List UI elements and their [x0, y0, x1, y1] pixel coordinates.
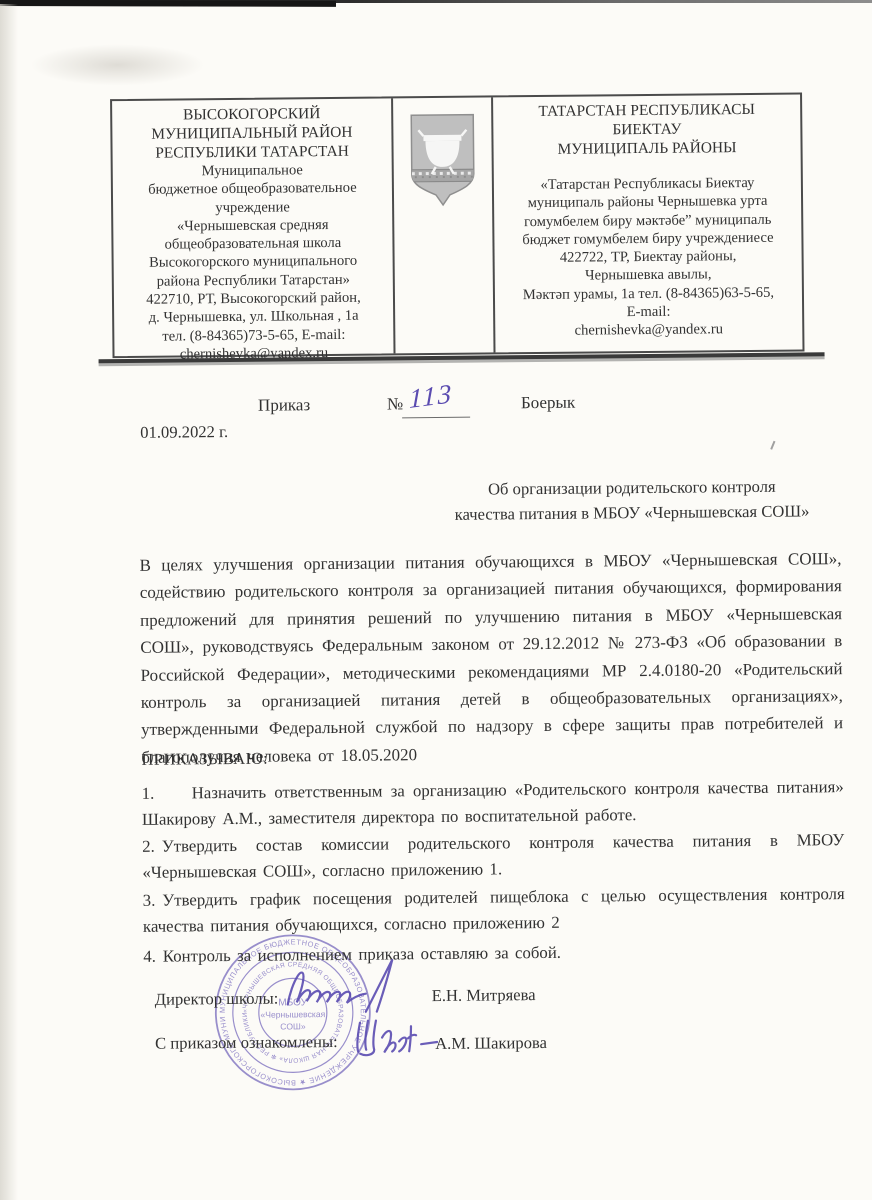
coat-of-arms — [403, 110, 482, 211]
item-number: 1. — [142, 780, 192, 806]
document-content: ВЫСОКОГОРСКИЙ МУНИЦИПАЛЬНЫЙ РАЙОН РЕСПУБ… — [0, 0, 872, 1200]
director-label: Директор школы: — [155, 989, 279, 1010]
order-body-paragraph: В целях улучшения организации питания об… — [139, 545, 843, 771]
letterhead-line: chernishevka@yandex.ru — [498, 320, 799, 341]
letterhead-line: бюджетное общеобразовательное — [115, 179, 390, 200]
order-item-1: 1.Назначить ответственным за организацию… — [142, 774, 844, 833]
item-text: Утвердить график посещения родителей пищ… — [143, 884, 845, 936]
letterhead: ВЫСОКОГОРСКИЙ МУНИЦИПАЛЬНЫЙ РАЙОН РЕСПУБ… — [110, 92, 804, 358]
item-number: 3. — [143, 891, 156, 910]
stamp-center-text: СОШ» — [280, 1021, 306, 1031]
letterhead-line: Мәктәп урамы, 1а тел. (8-84365)63-5-65, — [498, 283, 799, 304]
item-text: Назначить ответственным за организацию «… — [142, 777, 844, 829]
letterhead-line: муниципаль районы Чернышевка урта — [497, 192, 798, 213]
director-name: Е.Н. Митряева — [432, 985, 536, 1006]
order-subject: Об организации родительского контроля ка… — [422, 473, 842, 527]
order-title-tatar: Боерык — [521, 393, 575, 414]
acknowledgement-signature — [351, 1010, 447, 1063]
letterhead-tatar-column: ТАТАРСТАН РЕСПУБЛИКАСЫ БИЕКТАУ МУНИЦИПАЛ… — [493, 94, 802, 352]
item-number: 2. — [142, 837, 155, 856]
subject-line: качества питания в МБОУ «Чернышевская СО… — [422, 498, 842, 527]
letterhead-line: Высокогорского муниципального — [116, 252, 391, 273]
letterhead-line: д. Чернышевка, ул. Школьная , 1а — [116, 307, 391, 328]
scanned-order-document: ВЫСОКОГОРСКИЙ МУНИЦИПАЛЬНЫЙ РАЙОН РЕСПУБ… — [0, 0, 872, 1200]
acknowledgement-name: А.М. Шакирова — [435, 1033, 547, 1054]
order-item-2: 2.Утвердить состав комиссии родительског… — [142, 827, 844, 886]
order-number-sign: № — [387, 394, 403, 414]
order-item-3: 3.Утвердить график посещения родителей п… — [143, 881, 845, 940]
order-item-4: 4.Контроль за исполнением приказа оставл… — [143, 937, 845, 970]
order-number-handwritten: 113 — [409, 378, 453, 415]
letterhead-emblem-cell — [393, 97, 495, 353]
decree-word: ПРИКАЗЫВАЮ: — [141, 749, 268, 770]
item-text: Утвердить состав комиссии родительского … — [142, 830, 844, 882]
letterhead-line: РЕСПУБЛИКИ ТАТАРСТАН — [114, 141, 389, 163]
order-title-russian: Приказ — [258, 395, 310, 415]
letterhead-russian-column: ВЫСОКОГОРСКИЙ МУНИЦИПАЛЬНЫЙ РАЙОН РЕСПУБ… — [112, 98, 395, 356]
order-date: 01.09.2022 г. — [140, 422, 228, 443]
acknowledgement-label: С приказом ознакомлены: — [155, 1032, 338, 1054]
item-number: 4. — [143, 947, 156, 966]
letterhead-line: бюджет гомумбелем биру учреждениесе — [497, 228, 798, 249]
letterhead-line: ТАТАРСТАН РЕСПУБЛИКАСЫ — [496, 100, 797, 122]
